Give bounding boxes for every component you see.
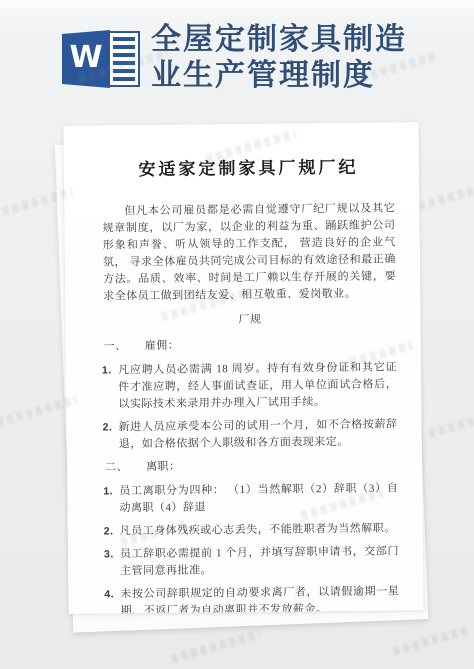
- section-label: 一、: [104, 340, 127, 352]
- word-doc-page-icon: [108, 31, 140, 87]
- item-text: 员工辞职必需提前 1 个月，并填写辞职申请书，交部门主管同意再批准。: [120, 545, 399, 577]
- watermark-smudge: [392, 625, 471, 656]
- page-title-line1: 全屋定制家具制造: [151, 23, 407, 56]
- list-item: 1.凡应聘人员必需满 18 周岁。持有有效身份证和其它证件才准应聘，经人事面试查…: [104, 359, 398, 413]
- section-header: 二、离职：: [105, 456, 398, 476]
- item-text: 凡应聘人员必需满 18 周岁。持有有效身份证和其它证件才准应聘，经人事面试查证，…: [118, 361, 397, 410]
- item-number: 3.: [104, 546, 114, 563]
- section-header: 一、雇佣：: [104, 335, 397, 355]
- list-item: 3.员工辞职必需提前 1 个月，并填写辞职申请书，交部门主管同意再批准。: [106, 543, 399, 580]
- document-title: 安适家定制家具厂规厂纪: [102, 156, 395, 181]
- sections: 一、雇佣：1.凡应聘人员必需满 18 周岁。持有有效身份证和其它证件才准应聘，经…: [104, 335, 400, 613]
- item-number: 1.: [103, 483, 113, 500]
- intro-paragraph: 但凡本公司雇员都是必需自觉遵守厂纪厂规以及其它规章制度，以厂为家，以企业的利益为…: [102, 200, 396, 305]
- watermark-smudge: [428, 411, 474, 438]
- item-number: 2.: [103, 419, 113, 436]
- item-number: 4.: [104, 586, 114, 603]
- item-text: 新进人员应承受本公司的试用一个月，如不合格按薪辞退，如合格依据个人职级和各方面表…: [119, 418, 398, 450]
- page-title: 全屋定制家具制造业生产管理制度: [151, 22, 407, 94]
- item-text: 凡员工身体残疾或心志丢失，不能胜职者为当然解职。: [120, 522, 396, 537]
- page-background: W 全屋定制家具制造业生产管理制度 安适家定制家具厂规厂纪 但凡本公司雇员都是必…: [0, 0, 474, 669]
- section-label: 二、: [105, 461, 128, 473]
- section-title: 离职：: [146, 461, 181, 473]
- watermark-smudge: [171, 629, 262, 663]
- document-body: 但凡本公司雇员都是必需自觉遵守厂纪厂规以及其它规章制度，以厂为家，以企业的利益为…: [102, 200, 399, 613]
- section-title: 雇佣：: [145, 340, 180, 352]
- item-text: 员工离职分为四种： （1）当然解职（2）辞职（3）自动离职（4）辞退: [119, 482, 398, 514]
- item-text: 未按公司辞职规定的自动要求离厂者，以请假逾期一星期，不返厂者为自动离职并不发放薪…: [120, 585, 399, 613]
- list-item: 2.新进人员应承受本公司的试用一个月，如不合格按薪辞退，如合格依据个人职级和各方…: [105, 416, 398, 453]
- item-number: 2.: [104, 523, 114, 540]
- page-title-line2: 业生产管理制度: [151, 59, 375, 92]
- header: W 全屋定制家具制造业生产管理制度: [0, 0, 474, 118]
- document-page: 安适家定制家具厂规厂纪 但凡本公司雇员都是必需自觉遵守厂纪厂规以及其它规章制度，…: [63, 122, 423, 614]
- list-item: 1.员工离职分为四种： （1）当然解职（2）辞职（3）自动离职（4）辞退: [105, 480, 398, 517]
- item-number: 1.: [102, 362, 112, 379]
- word-letter: W: [69, 43, 102, 73]
- word-icon: W: [62, 30, 142, 88]
- word-w-panel-icon: W: [62, 30, 110, 88]
- list-item: 4.未按公司辞职规定的自动要求离厂者，以请假逾期一星期，不返厂者为自动离职并不发…: [106, 583, 399, 613]
- watermark-smudge: [418, 183, 474, 211]
- document-preview[interactable]: 安适家定制家具厂规厂纪 但凡本公司雇员都是必需自觉遵守厂纪厂规以及其它规章制度，…: [66, 124, 421, 612]
- word-doc-lines-icon: [113, 37, 135, 81]
- section-heading: 厂规: [103, 310, 396, 330]
- list-item: 2.凡员工身体残疾或心志丢失，不能胜职者为当然解职。: [106, 520, 399, 540]
